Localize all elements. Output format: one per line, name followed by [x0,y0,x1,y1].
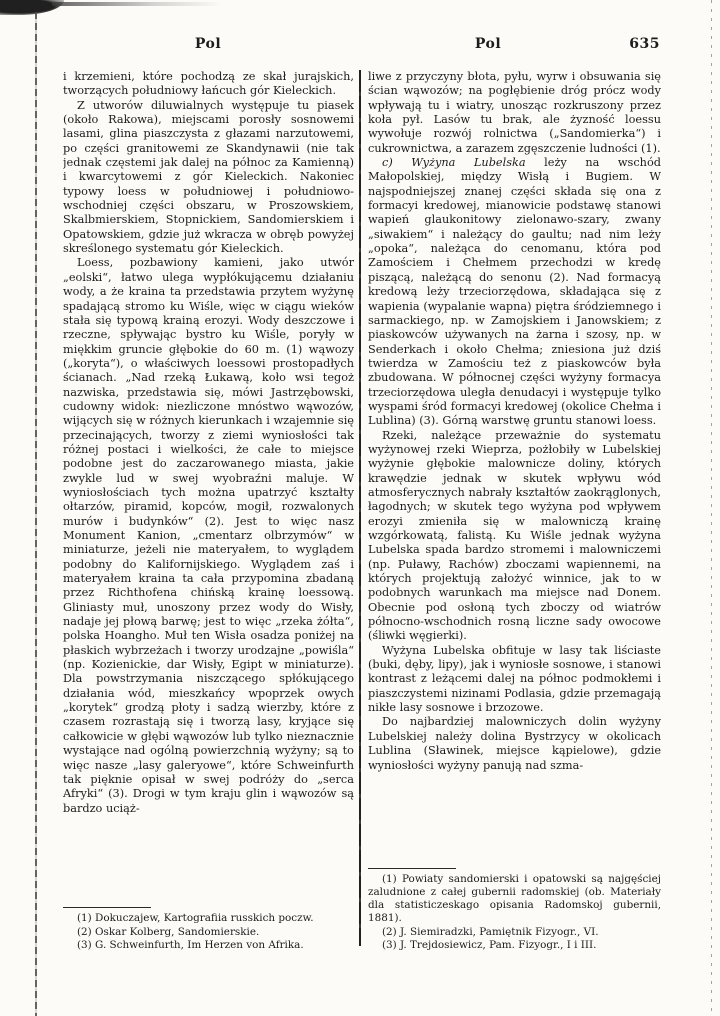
footnote: (3) J. Trejdosiewicz, Pam. Fizyogr., I i… [368,939,661,952]
scan-artifact-left-edge [35,12,37,1016]
scan-artifact-right-edge [711,0,712,1016]
left-footnote-list: (1) Dokuczajew, Kartografiia russkich po… [63,912,354,952]
paragraph: Rzeki, należące przeważnie do systematu … [368,429,661,644]
footnote: (2) J. Siemiradzki, Pamiętnik Fizyogr., … [368,926,661,939]
page-number: 635 [600,36,660,52]
paragraph: i krzemieni, które pochodzą ze skał jura… [63,70,354,99]
left-column: i krzemieni, które pochodzą ze skał jura… [63,70,354,952]
column-divider-rule [359,70,361,946]
header-keyword-left: Pol [63,36,353,52]
footnote: (3) G. Schweinfurth, Im Herzen von Afrik… [63,939,354,952]
header-keyword-right: Pol [368,36,608,52]
footnote: (2) Oskar Kolberg, Sandomierskie. [63,926,354,939]
footnote-separator-rule [368,868,456,869]
paragraph: Z utworów diluwialnych występuje tu pias… [63,99,354,257]
scanned-page: Pol Pol 635 i krzemieni, które pochodzą … [0,0,720,1016]
right-footnote-list: (1) Powiaty sandomierski i opatowski są … [368,873,661,952]
paragraph: Do najbardziej malowniczych dolin wyżyny… [368,715,661,772]
running-head: Pol Pol 635 [0,36,720,56]
right-column: liwe z przyczyny błota, pyłu, wyrw i obs… [368,70,661,952]
right-column-footnotes: (1) Powiaty sandomierski i opatowski są … [368,863,661,952]
paragraph: liwe z przyczyny błota, pyłu, wyrw i obs… [368,70,661,156]
left-column-body: i krzemieni, które pochodzą ze skał jura… [63,70,354,902]
scan-artifact-top-smudge [52,2,222,6]
footnote: (1) Powiaty sandomierski i opatowski są … [368,873,661,926]
paragraph: Loess, pozbawiony kamieni, jako utwór „e… [63,256,354,815]
paragraph: c) Wyżyna Lubelska leży na wschód Małopo… [368,156,661,429]
footnote: (1) Dokuczajew, Kartografiia russkich po… [63,912,354,925]
footnote-separator-rule [63,907,151,908]
right-column-body: liwe z przyczyny błota, pyłu, wyrw i obs… [368,70,661,863]
paragraph: Wyżyna Lubelska obfituje w lasy tak liśc… [368,644,661,716]
left-column-footnotes: (1) Dokuczajew, Kartografiia russkich po… [63,902,354,952]
